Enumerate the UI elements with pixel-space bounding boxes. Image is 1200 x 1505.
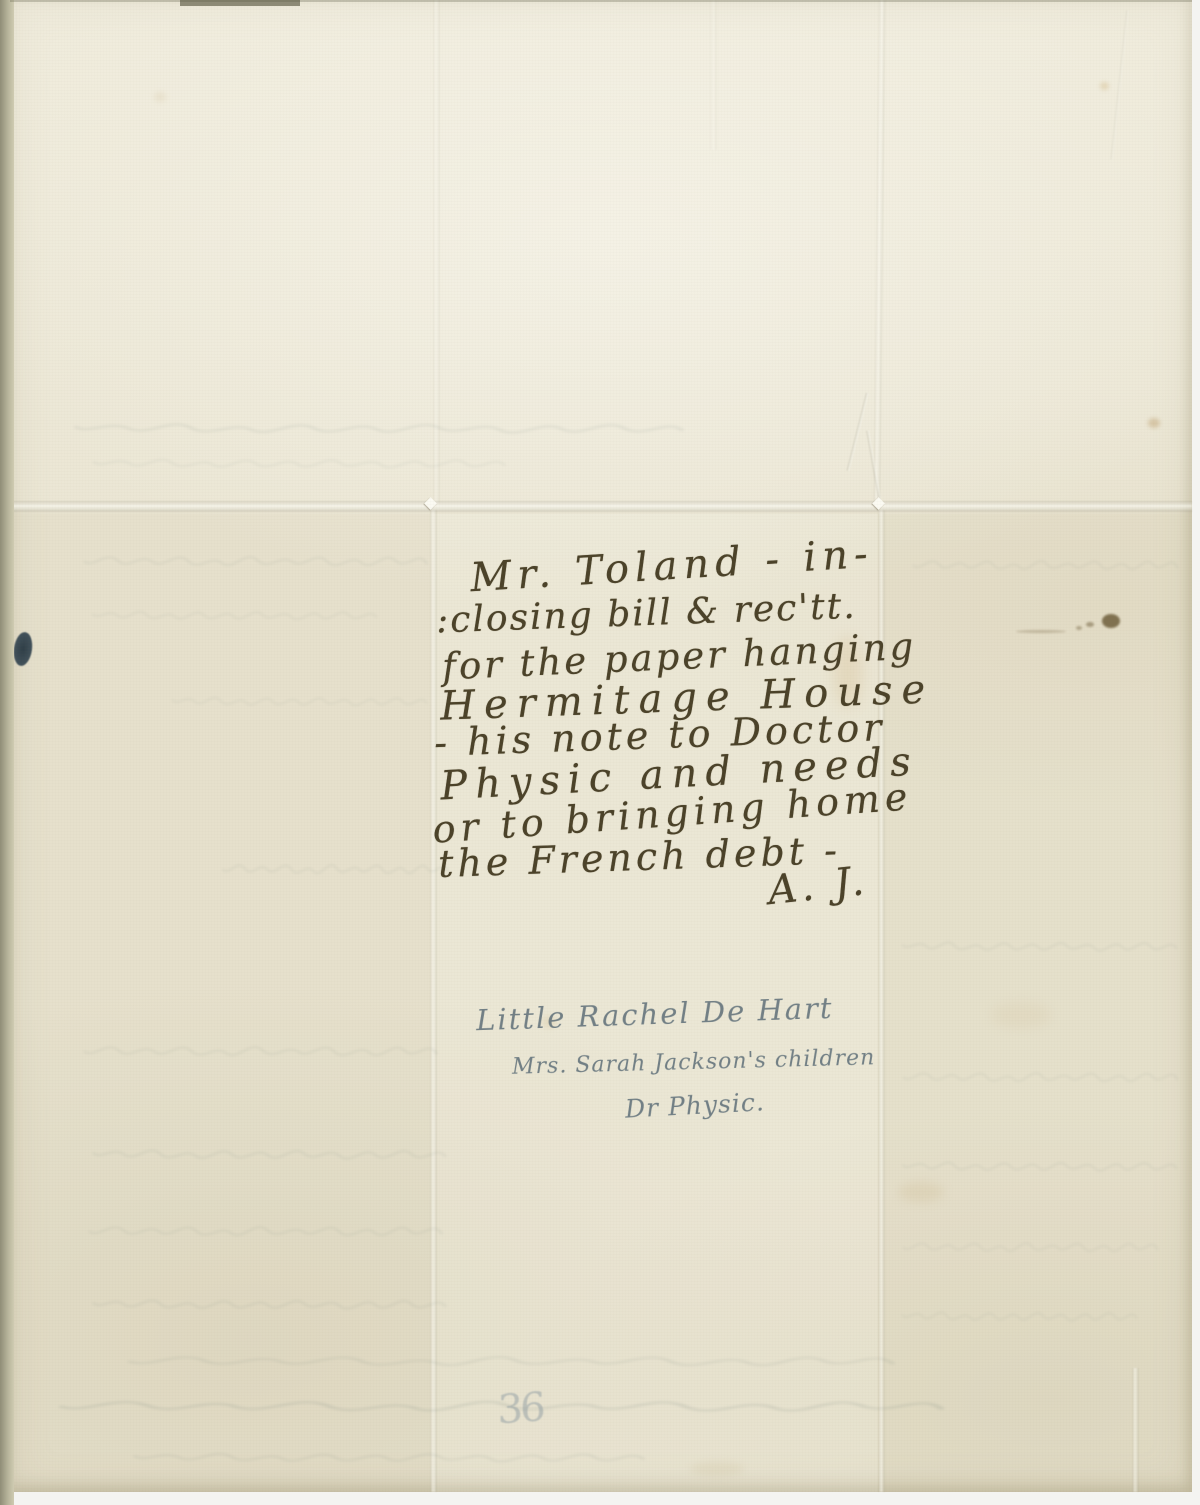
- horizontal-fold: [10, 501, 1192, 512]
- ink-blot-left-edge: [12, 631, 35, 667]
- pencil-page-mark: 36: [493, 1385, 548, 1433]
- bleedthrough-writing: [130, 1446, 650, 1470]
- bleedthrough-writing: [900, 1064, 1180, 1090]
- bleedthrough-writing: [90, 452, 510, 476]
- foxing-spot: [1100, 82, 1109, 90]
- bleedthrough-writing: [220, 856, 450, 882]
- bleedthrough-writing: [70, 416, 690, 442]
- foxing-spot: [154, 92, 166, 102]
- bleedthrough-writing: [90, 1292, 450, 1318]
- stain-patch: [990, 1002, 1052, 1028]
- lower-right-panel-shade: [878, 514, 1192, 1492]
- bleedthrough-writing: [900, 1234, 1160, 1260]
- vertical-crease-top-center: [710, 0, 717, 150]
- bleedthrough-writing: [170, 690, 430, 714]
- bleedthrough-writing: [900, 1304, 1140, 1330]
- scanned-letter-sheet: Mr. Toland - in- :closing bill & rec'tt.…: [0, 0, 1200, 1505]
- ink-note-initials: A. J.: [766, 858, 870, 914]
- pencil-line-2: Mrs. Sarah Jackson's children: [512, 1045, 876, 1080]
- ink-smudge: [1076, 610, 1122, 636]
- pencil-annotation: Little Rachel De Hart Mrs. Sarah Jackson…: [470, 995, 890, 1135]
- foxing-spot: [1148, 418, 1160, 428]
- ink-docket-note: Mr. Toland - in- :closing bill & rec'tt.…: [428, 535, 918, 915]
- stain-patch: [898, 1182, 944, 1202]
- paper-left-edge: [0, 0, 14, 1505]
- wrinkle-top-right: [1110, 10, 1129, 159]
- bleedthrough-writing: [900, 1154, 1180, 1180]
- bleedthrough-writing: [120, 1348, 900, 1374]
- bleedthrough-writing: [910, 552, 1180, 578]
- bleedthrough-writing: [90, 604, 380, 628]
- pencil-line-3: Dr Physic.: [624, 1087, 765, 1123]
- stain-patch: [690, 1462, 744, 1476]
- crease-bottom-right: [1132, 1368, 1139, 1492]
- bleedthrough-writing: [80, 548, 430, 574]
- vertical-fold-top-right: [873, 0, 885, 503]
- bleedthrough-writing: [80, 1038, 440, 1064]
- bleedthrough-writing: [900, 934, 1180, 960]
- paper-top-edge-line: [10, 0, 1192, 2]
- pencil-line-1: Little Rachel De Hart: [476, 991, 835, 1037]
- bleedthrough-writing: [85, 1218, 445, 1244]
- letter-paper: Mr. Toland - in- :closing bill & rec'tt.…: [10, 0, 1192, 1492]
- bleedthrough-writing: [90, 1142, 450, 1168]
- lower-left-panel-shade: [10, 514, 430, 1492]
